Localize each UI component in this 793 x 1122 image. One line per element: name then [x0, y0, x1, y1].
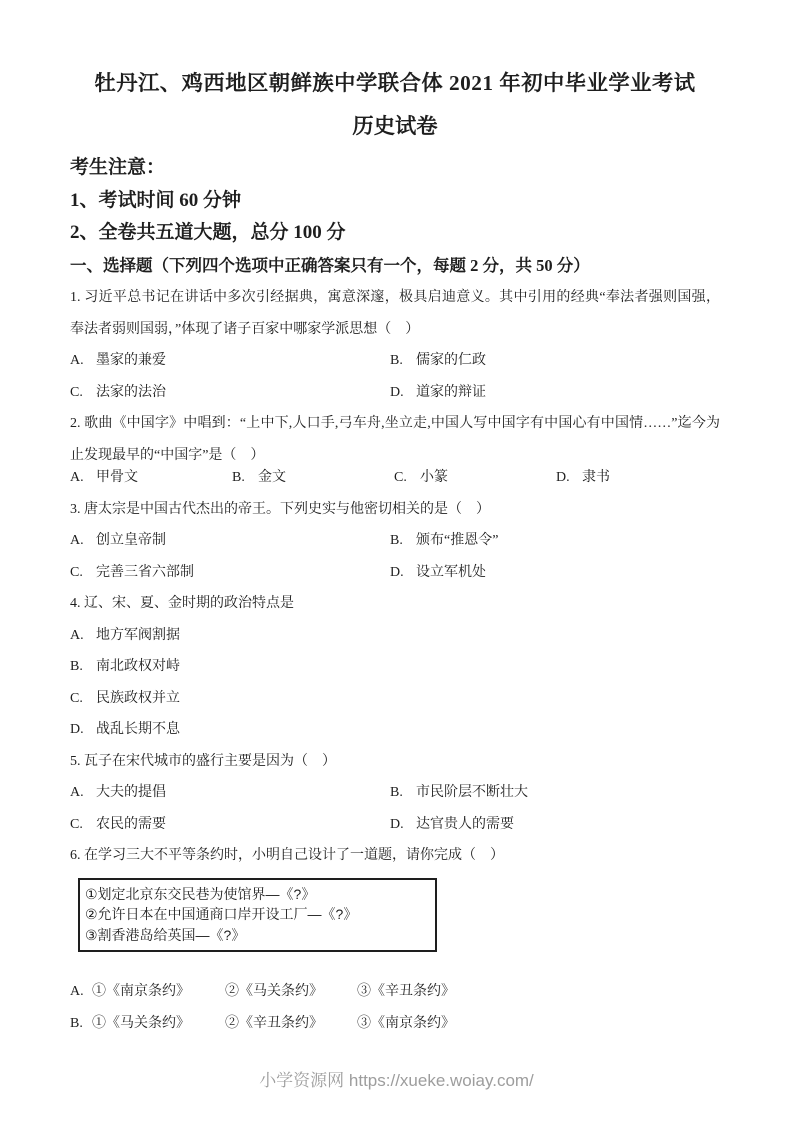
question-text: 1. 习近平总书记在讲话中多次引经据典，寓意深邃，极具启迪意义。其中引用的经典“…: [70, 282, 720, 345]
option-text: 隶书: [582, 462, 610, 494]
options-row: B. ①《马关条约》 ②《辛丑条约》 ③《南京条约》: [70, 1008, 720, 1040]
option-label: B.: [70, 651, 96, 683]
options-row: C.完善三省六部制 D.设立军机处: [70, 557, 720, 589]
option-a: A.大夫的提倡: [70, 777, 390, 809]
exam-title: 牡丹江、鸡西地区朝鲜族中学联合体 2021 年初中毕业学业考试: [70, 68, 720, 98]
options-row: C.民族政权并立: [70, 683, 720, 715]
treaty-box-line-1: ①划定北京东交民巷为使馆界—《?》: [85, 884, 427, 905]
options-row: A.地方军阀割据: [70, 620, 720, 652]
exam-paper-page: 牡丹江、鸡西地区朝鲜族中学联合体 2021 年初中毕业学业考试 历史试卷 考生注…: [0, 0, 793, 1122]
option-text: 道家的辩证: [416, 377, 486, 409]
options-row: A.墨家的兼爱 B.儒家的仁政: [70, 345, 720, 377]
option-text: 民族政权并立: [96, 683, 180, 715]
question-text: 5. 瓦子在宋代城市的盛行主要是因为（ ）: [70, 746, 720, 778]
option-d: D.设立军机处: [390, 557, 486, 589]
option-b: B.南北政权对峙: [70, 651, 180, 683]
option-label: B.: [232, 462, 258, 494]
option-text: 甲骨文: [96, 462, 138, 494]
option-label: D.: [390, 557, 416, 589]
option-text: 战乱长期不息: [96, 714, 180, 746]
option-a: A.墨家的兼爱: [70, 345, 390, 377]
footer-watermark: 小学资源网 https://xueke.woiay.com/: [0, 1066, 793, 1091]
option-label: B.: [390, 345, 416, 377]
option-label: B.: [390, 777, 416, 809]
option-d: D.隶书: [556, 462, 610, 494]
option-label: D.: [390, 377, 416, 409]
option-label: A.: [70, 345, 96, 377]
option-label: A.: [70, 976, 92, 1008]
options-row: C.法家的法治 D.道家的辩证: [70, 377, 720, 409]
option-b: B.颁布“推恩令”: [390, 525, 498, 557]
option-part: ①《马关条约》: [92, 1008, 225, 1040]
option-label: A.: [70, 525, 96, 557]
option-label: A.: [70, 777, 96, 809]
option-label: C.: [70, 683, 96, 715]
question-text: 3. 唐太宗是中国古代杰出的帝王。下列史实与他密切相关的是（ ）: [70, 494, 720, 526]
options-row: A. ①《南京条约》 ②《马关条约》 ③《辛丑条约》: [70, 976, 720, 1008]
option-d: D.战乱长期不息: [70, 714, 180, 746]
option-c: C.法家的法治: [70, 377, 390, 409]
option-part: ②《马关条约》: [225, 976, 357, 1008]
options-row: C.农民的需要 D.达官贵人的需要: [70, 809, 720, 841]
question-2: 2. 歌曲《中国字》中唱到：“上中下,人口手,弓车舟,坐立走,中国人写中国字有中…: [70, 408, 720, 494]
option-label: B.: [390, 525, 416, 557]
question-6: 6. 在学习三大不平等条约时，小明自己设计了一道题，请你完成（ ） ①划定北京东…: [70, 840, 720, 1039]
option-text: 墨家的兼爱: [96, 345, 166, 377]
treaty-box-line-2: ②允许日本在中国通商口岸开设工厂—《?》: [85, 904, 427, 925]
option-label: D.: [390, 809, 416, 841]
option-c: C.完善三省六部制: [70, 557, 390, 589]
treaty-box-line-3: ③割香港岛给英国—《?》: [85, 925, 427, 946]
option-label: A.: [70, 620, 96, 652]
question-5: 5. 瓦子在宋代城市的盛行主要是因为（ ） A.大夫的提倡 B.市民阶层不断壮大…: [70, 746, 720, 841]
option-a: A.甲骨文: [70, 462, 232, 494]
notice-item-2: 2、全卷共五道大题，总分 100 分: [70, 217, 720, 250]
option-text: 金文: [258, 462, 286, 494]
option-text: 创立皇帝制: [96, 525, 166, 557]
option-d: D.达官贵人的需要: [390, 809, 514, 841]
page-content: 牡丹江、鸡西地区朝鲜族中学联合体 2021 年初中毕业学业考试 历史试卷 考生注…: [70, 68, 720, 1039]
option-label: D.: [556, 462, 582, 494]
option-b: B.儒家的仁政: [390, 345, 486, 377]
option-text: 法家的法治: [96, 377, 166, 409]
options-row: D.战乱长期不息: [70, 714, 720, 746]
option-a: A.地方军阀割据: [70, 620, 180, 652]
option-text: 小篆: [420, 462, 448, 494]
question-3: 3. 唐太宗是中国古代杰出的帝王。下列史实与他密切相关的是（ ） A.创立皇帝制…: [70, 494, 720, 589]
option-text: 农民的需要: [96, 809, 166, 841]
option-label: B.: [70, 1008, 92, 1040]
notice-heading: 考生注意：: [70, 152, 720, 185]
option-text: 设立军机处: [416, 557, 486, 589]
option-text: 市民阶层不断壮大: [416, 777, 528, 809]
question-text: 6. 在学习三大不平等条约时，小明自己设计了一道题，请你完成（ ）: [70, 840, 720, 872]
question-1: 1. 习近平总书记在讲话中多次引经据典，寓意深邃，极具启迪意义。其中引用的经典“…: [70, 282, 720, 408]
exam-subtitle: 历史试卷: [70, 112, 720, 140]
option-b: B.金文: [232, 462, 394, 494]
option-part: ②《辛丑条约》: [225, 1008, 357, 1040]
options-row: A.大夫的提倡 B.市民阶层不断壮大: [70, 777, 720, 809]
option-part: ③《南京条约》: [357, 1008, 455, 1040]
option-text: 地方军阀割据: [96, 620, 180, 652]
option-part: ①《南京条约》: [92, 976, 225, 1008]
treaty-clues-box: ①划定北京东交民巷为使馆界—《?》 ②允许日本在中国通商口岸开设工厂—《?》 ③…: [78, 878, 437, 953]
notice-item-1: 1、考试时间 60 分钟: [70, 185, 720, 218]
option-text: 儒家的仁政: [416, 345, 486, 377]
option-text: 大夫的提倡: [96, 777, 166, 809]
option-a: A.创立皇帝制: [70, 525, 390, 557]
option-label: C.: [70, 557, 96, 589]
option-part: ③《辛丑条约》: [357, 976, 455, 1008]
option-text: 颁布“推恩令”: [416, 525, 498, 557]
options-row: B.南北政权对峙: [70, 651, 720, 683]
option-label: D.: [70, 714, 96, 746]
option-b: B.市民阶层不断壮大: [390, 777, 528, 809]
option-label: C.: [70, 377, 96, 409]
question-4: 4. 辽、宋、夏、金时期的政治特点是 A.地方军阀割据 B.南北政权对峙 C.民…: [70, 588, 720, 746]
options-row: A.甲骨文 B.金文 C.小篆 D.隶书: [70, 462, 720, 494]
option-c: C.小篆: [394, 462, 556, 494]
option-text: 完善三省六部制: [96, 557, 194, 589]
option-label: C.: [394, 462, 420, 494]
option-text: 南北政权对峙: [96, 651, 180, 683]
options-row: A.创立皇帝制 B.颁布“推恩令”: [70, 525, 720, 557]
section-heading: 一、选择题（下列四个选项中正确答案只有一个，每题 2 分，共 50 分）: [70, 250, 720, 283]
option-text: 达官贵人的需要: [416, 809, 514, 841]
option-d: D.道家的辩证: [390, 377, 486, 409]
question-text: 4. 辽、宋、夏、金时期的政治特点是: [70, 588, 720, 620]
option-c: C.农民的需要: [70, 809, 390, 841]
option-label: C.: [70, 809, 96, 841]
option-c: C.民族政权并立: [70, 683, 180, 715]
notice-block: 考生注意： 1、考试时间 60 分钟 2、全卷共五道大题，总分 100 分 一、…: [70, 152, 720, 282]
option-label: A.: [70, 462, 96, 494]
